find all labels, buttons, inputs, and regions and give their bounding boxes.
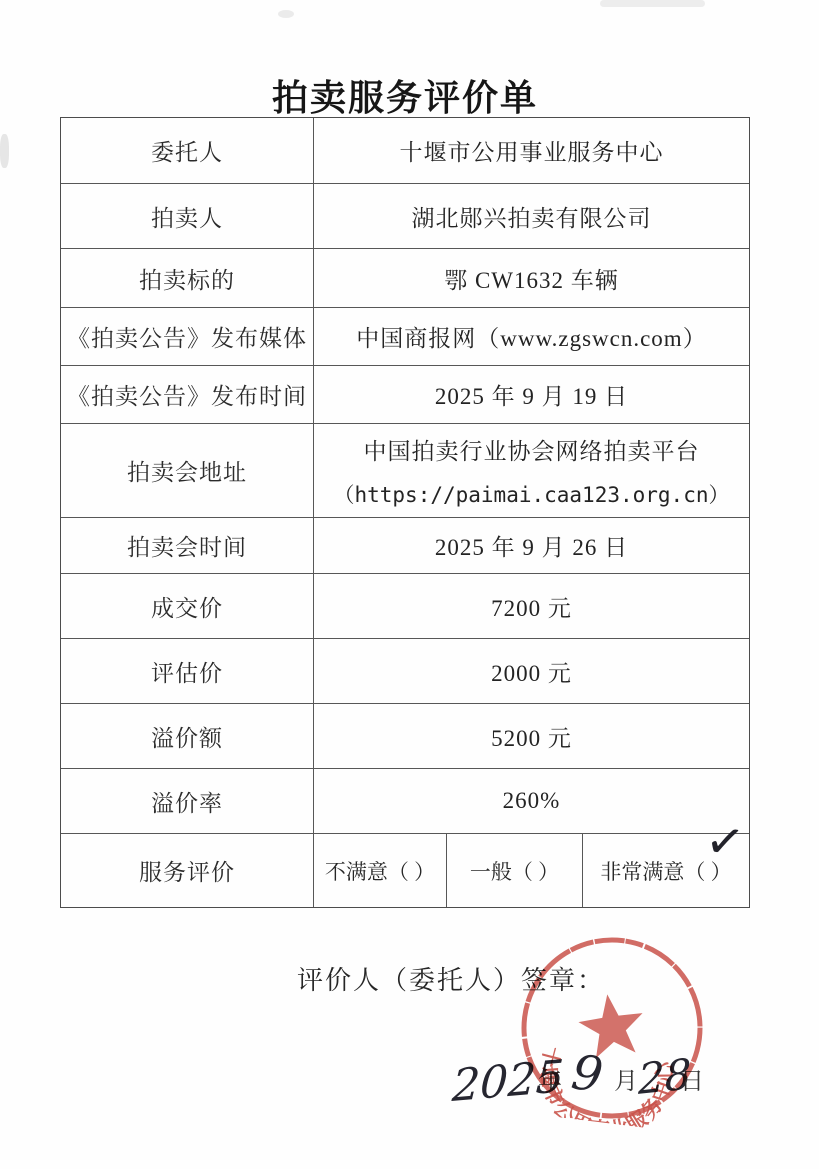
row-label: 拍卖会时间 (61, 518, 313, 573)
row-label: 委托人 (61, 118, 313, 183)
table-row-auction-time: 拍卖会时间 2025 年 9 月 26 日 (61, 517, 749, 573)
table-row-auctioneer: 拍卖人 湖北郧兴拍卖有限公司 (61, 183, 749, 248)
table-row-announcement-media: 《拍卖公告》发布媒体 中国商报网（www.zgswcn.com） (61, 307, 749, 365)
row-label: 拍卖人 (61, 184, 313, 248)
row-value: 湖北郧兴拍卖有限公司 (313, 184, 749, 248)
row-label: 《拍卖公告》发布时间 (61, 366, 313, 423)
scan-smudge (278, 10, 294, 18)
seal-star-icon (574, 991, 644, 1063)
table-row-appraised-price: 评估价 2000 元 (61, 638, 749, 703)
row-label: 溢价率 (61, 769, 313, 833)
table-row-auction-address: 拍卖会地址 中国拍卖行业协会网络拍卖平台 （https://paimai.caa… (61, 423, 749, 517)
row-value: 2025 年 9 月 19 日 (313, 366, 749, 423)
option-unsatisfied: 不满意（ ） (313, 834, 446, 907)
option-very-satisfied: 非常满意（ ） ✓ (582, 834, 749, 907)
scan-smudge (600, 0, 705, 7)
row-value: 5200 元 (313, 704, 749, 768)
row-value: 十堰市公用事业服务中心 (313, 118, 749, 183)
row-value: 鄂 CW1632 车辆 (313, 249, 749, 307)
row-value: 260% (313, 769, 749, 833)
row-label: 服务评价 (61, 834, 313, 907)
row-value: 7200 元 (313, 574, 749, 638)
row-value: 中国商报网（www.zgswcn.com） (313, 308, 749, 365)
scan-smudge (0, 134, 9, 168)
row-value: 中国拍卖行业协会网络拍卖平台 （https://paimai.caa123.or… (313, 424, 749, 517)
row-label: 拍卖会地址 (61, 424, 313, 517)
row-label: 《拍卖公告》发布媒体 (61, 308, 313, 365)
handwritten-check-mark: ✓ (703, 815, 748, 870)
row-value: 2025 年 9 月 26 日 (313, 518, 749, 573)
table-row-auction-subject: 拍卖标的 鄂 CW1632 车辆 (61, 248, 749, 307)
form-title: 拍卖服务评价单 (60, 70, 750, 121)
row-label: 成交价 (61, 574, 313, 638)
row-label: 溢价额 (61, 704, 313, 768)
row-value: 2000 元 (313, 639, 749, 703)
scanned-form-page: 拍卖服务评价单 委托人 十堰市公用事业服务中心 拍卖人 湖北郧兴拍卖有限公司 拍… (0, 0, 819, 1169)
table-row-service-evaluation: 服务评价 不满意（ ） 一般（ ） 非常满意（ ） ✓ (61, 833, 749, 907)
table-row-hammer-price: 成交价 7200 元 (61, 573, 749, 638)
official-red-seal: 十堰市公用事业服务中心 (506, 922, 718, 1134)
option-average: 一般（ ） (446, 834, 582, 907)
evaluation-form-table: 委托人 十堰市公用事业服务中心 拍卖人 湖北郧兴拍卖有限公司 拍卖标的 鄂 CW… (60, 117, 750, 908)
row-label: 评估价 (61, 639, 313, 703)
table-row-consignor: 委托人 十堰市公用事业服务中心 (61, 118, 749, 183)
platform-name: 中国拍卖行业协会网络拍卖平台 (364, 433, 700, 466)
row-label: 拍卖标的 (61, 249, 313, 307)
platform-url: （https://paimai.caa123.org.cn） (333, 479, 729, 509)
evaluation-options: 不满意（ ） 一般（ ） 非常满意（ ） ✓ (313, 834, 749, 907)
table-row-premium-amount: 溢价额 5200 元 (61, 703, 749, 768)
table-row-announcement-time: 《拍卖公告》发布时间 2025 年 9 月 19 日 (61, 365, 749, 423)
table-row-premium-rate: 溢价率 260% (61, 768, 749, 833)
